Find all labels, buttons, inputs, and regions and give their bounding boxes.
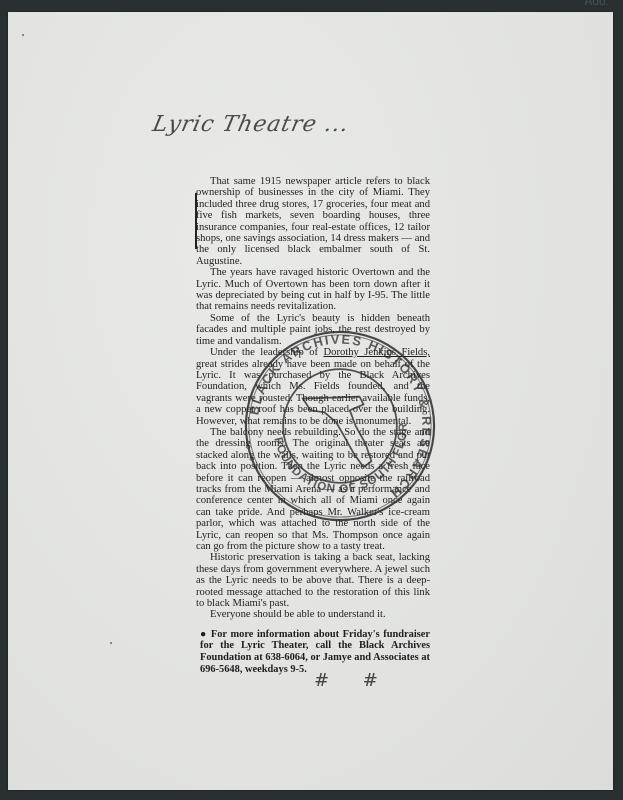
handwritten-end-mark: # # (314, 670, 392, 691)
paper-speck (22, 34, 24, 36)
article-paragraph: Some of the Lyric's beauty is hidden ben… (196, 313, 430, 347)
article-paragraph: That same 1915 newspaper article refers … (196, 176, 430, 267)
article-paragraph: The balcony needs rebuilding. So do the … (196, 427, 430, 552)
corner-annotation: Add. (584, 0, 609, 8)
newspaper-clipping: That same 1915 newspaper article refers … (196, 176, 430, 675)
article-paragraph: The years have ravaged historic Overtown… (196, 267, 430, 313)
paper-speck (110, 642, 112, 644)
article-paragraph: Historic preservation is taking a back s… (196, 552, 430, 609)
column-rule (195, 193, 197, 249)
underlined-name: Dorothy Jenkins Fields, (324, 347, 431, 358)
article-paragraph: Everyone should be able to understand it… (196, 609, 430, 620)
document-page: Lyric Theatre ... That same 1915 newspap… (8, 12, 613, 790)
leadership-prefix: Under the leadership of (210, 347, 324, 358)
leadership-rest: great strides already have been made on … (196, 359, 430, 427)
handwritten-title: Lyric Theatre ... (150, 112, 351, 137)
article-paragraph-leadership: Under the leadership of Dorothy Jenkins … (196, 347, 430, 427)
fundraiser-note: ● For more information about Friday's fu… (196, 629, 430, 675)
